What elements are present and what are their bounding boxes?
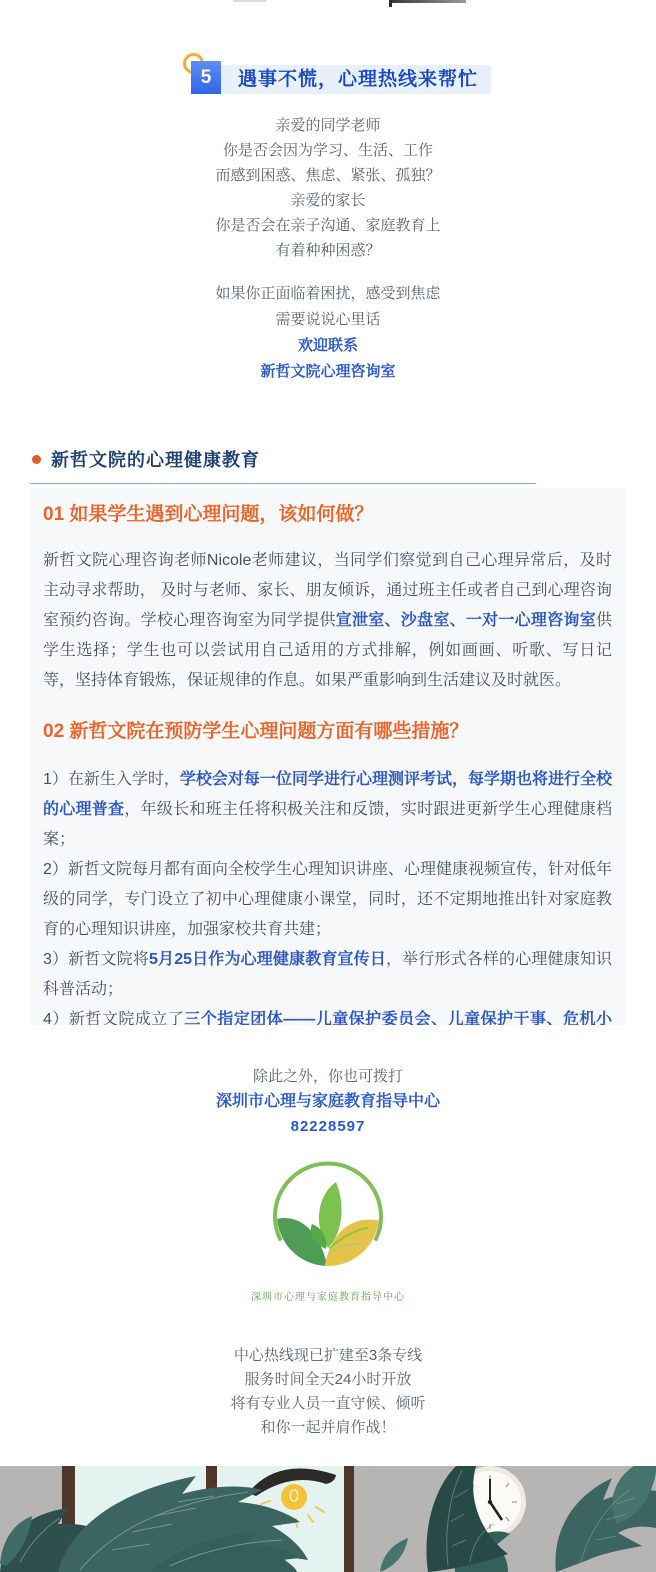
text-line: 和你一起并肩作战！ xyxy=(0,1416,656,1440)
counseling-room-text: 新哲文院心理咨询室 xyxy=(0,359,656,385)
plain-text: 2）新哲文院每月都有面向全校学生心理知识讲座、心理健康视频宣传，针对低年级的同学… xyxy=(43,861,612,938)
hotline-intro: 除此之外，你也可拨打 xyxy=(0,1064,656,1089)
text-line: 你是否会因为学习、生活、工作 xyxy=(0,138,656,163)
section-title: 新哲文院的心理健康教育 xyxy=(51,446,260,472)
text-line: 如果你正面临着困扰，感受到焦虑 xyxy=(0,281,656,307)
text-line: 有着种种困惑？ xyxy=(0,238,656,263)
welcome-contact-text: 欢迎联系 xyxy=(0,333,656,359)
measures-list: 1）在新生入学时，学校会对每一位同学进行心理测评考试，每学期也将进行全校的心理普… xyxy=(43,765,612,1025)
contact-invite: 如果你正面临着困扰，感受到焦虑需要说说心里话 欢迎联系 新哲文院心理咨询室 xyxy=(0,281,656,385)
section-number-badge: 5 xyxy=(191,61,221,94)
emphasis-text: 宣泄室、沙盘室、一对一心理咨询室 xyxy=(336,612,596,629)
text-line: 亲爱的同学老师 xyxy=(0,113,656,138)
plain-text: ，年级长和班主任将积极关注和反馈，实时跟进更新学生心理健康档案； xyxy=(43,801,612,848)
text-line: 将有专业人员一直守候、倾听 xyxy=(0,1392,656,1416)
bullet-dot-icon xyxy=(32,455,41,464)
hotline-service-note: 中心热线现已扩建至3条专线服务时间全天24小时开放将有专业人员一直守候、倾听和你… xyxy=(0,1344,656,1440)
text-line: 需要说说心里话 xyxy=(0,307,656,333)
text-line: 服务时间全天24小时开放 xyxy=(0,1368,656,1392)
measure-item: 3）新哲文院将5月25日作为心理健康教育宣传日，举行形式各样的心理健康知识科普活… xyxy=(43,945,612,1005)
section-5-title: 遇事不慌，心理热线来帮忙 xyxy=(221,65,491,94)
plain-text: 4）新哲文院成立了 xyxy=(43,1011,184,1025)
section-title-bar: 遇事不慌，心理热线来帮忙 xyxy=(221,65,491,94)
logo-caption: 深圳市心理与家庭教育指导中心 xyxy=(0,1288,656,1303)
guidance-center-logo-block: 深圳市心理与家庭教育指导中心 xyxy=(0,1156,656,1303)
section-5-header: 5 遇事不慌，心理热线来帮忙 xyxy=(0,0,656,100)
city-hotline-block: 除此之外，你也可拨打 深圳市心理与家庭教育指导中心 82228597 xyxy=(0,1064,656,1139)
measure-item: 4）新哲文院成立了三个指定团体——儿童保护委员会、儿童保护干事、危机小组，直接支… xyxy=(43,1005,612,1025)
text-line: 你是否会在亲子沟通、家庭教育上 xyxy=(0,213,656,238)
article-page: 5 遇事不慌，心理热线来帮忙 亲爱的同学老师你是否会因为学习、生活、工作而感到困… xyxy=(0,0,656,1572)
text-line: 而感到困惑、焦虑、紧张、孤独？ xyxy=(0,163,656,188)
hotline-phone-number: 82228597 xyxy=(0,1114,656,1139)
plain-text: 3）新哲文院将 xyxy=(43,951,149,968)
emphasis-text: 5月25日作为心理健康教育宣传日 xyxy=(149,951,386,968)
measure-item: 1）在新生入学时，学校会对每一位同学进行心理测评考试，每学期也将进行全校的心理普… xyxy=(43,765,612,855)
question-1-heading: 01 如果学生遇到心理问题，该如何做？ xyxy=(43,503,612,526)
section-divider xyxy=(30,483,536,484)
question-1-answer: 新哲文院心理咨询老师Nicole老师建议，当同学们察觉到自己心理异常后，及时主动… xyxy=(43,546,612,696)
qa-card: 01 如果学生遇到心理问题，该如何做？ 新哲文院心理咨询老师Nicole老师建议… xyxy=(30,488,626,1025)
window-frame-right xyxy=(344,1466,354,1572)
footer-illustration xyxy=(0,1466,656,1572)
question-2-heading: 02 新哲文院在预防学生心理问题方面有哪些措施？ xyxy=(43,720,612,743)
text-line: 中心热线现已扩建至3条专线 xyxy=(0,1344,656,1368)
guidance-center-name: 深圳市心理与家庭教育指导中心 xyxy=(0,1089,656,1114)
text-line: 亲爱的家长 xyxy=(0,188,656,213)
section-header: 新哲文院的心理健康教育 xyxy=(32,446,260,472)
plain-text: 1）在新生入学时， xyxy=(43,771,180,788)
measure-item: 2）新哲文院每月都有面向全校学生心理知识讲座、心理健康视频宣传，针对低年级的同学… xyxy=(43,855,612,945)
invite-lines: 如果你正面临着困扰，感受到焦虑需要说说心里话 xyxy=(0,281,656,333)
intro-poem: 亲爱的同学老师你是否会因为学习、生活、工作而感到困惑、焦虑、紧张、孤独？亲爱的家… xyxy=(0,113,656,263)
guidance-center-logo-icon xyxy=(267,1156,389,1280)
